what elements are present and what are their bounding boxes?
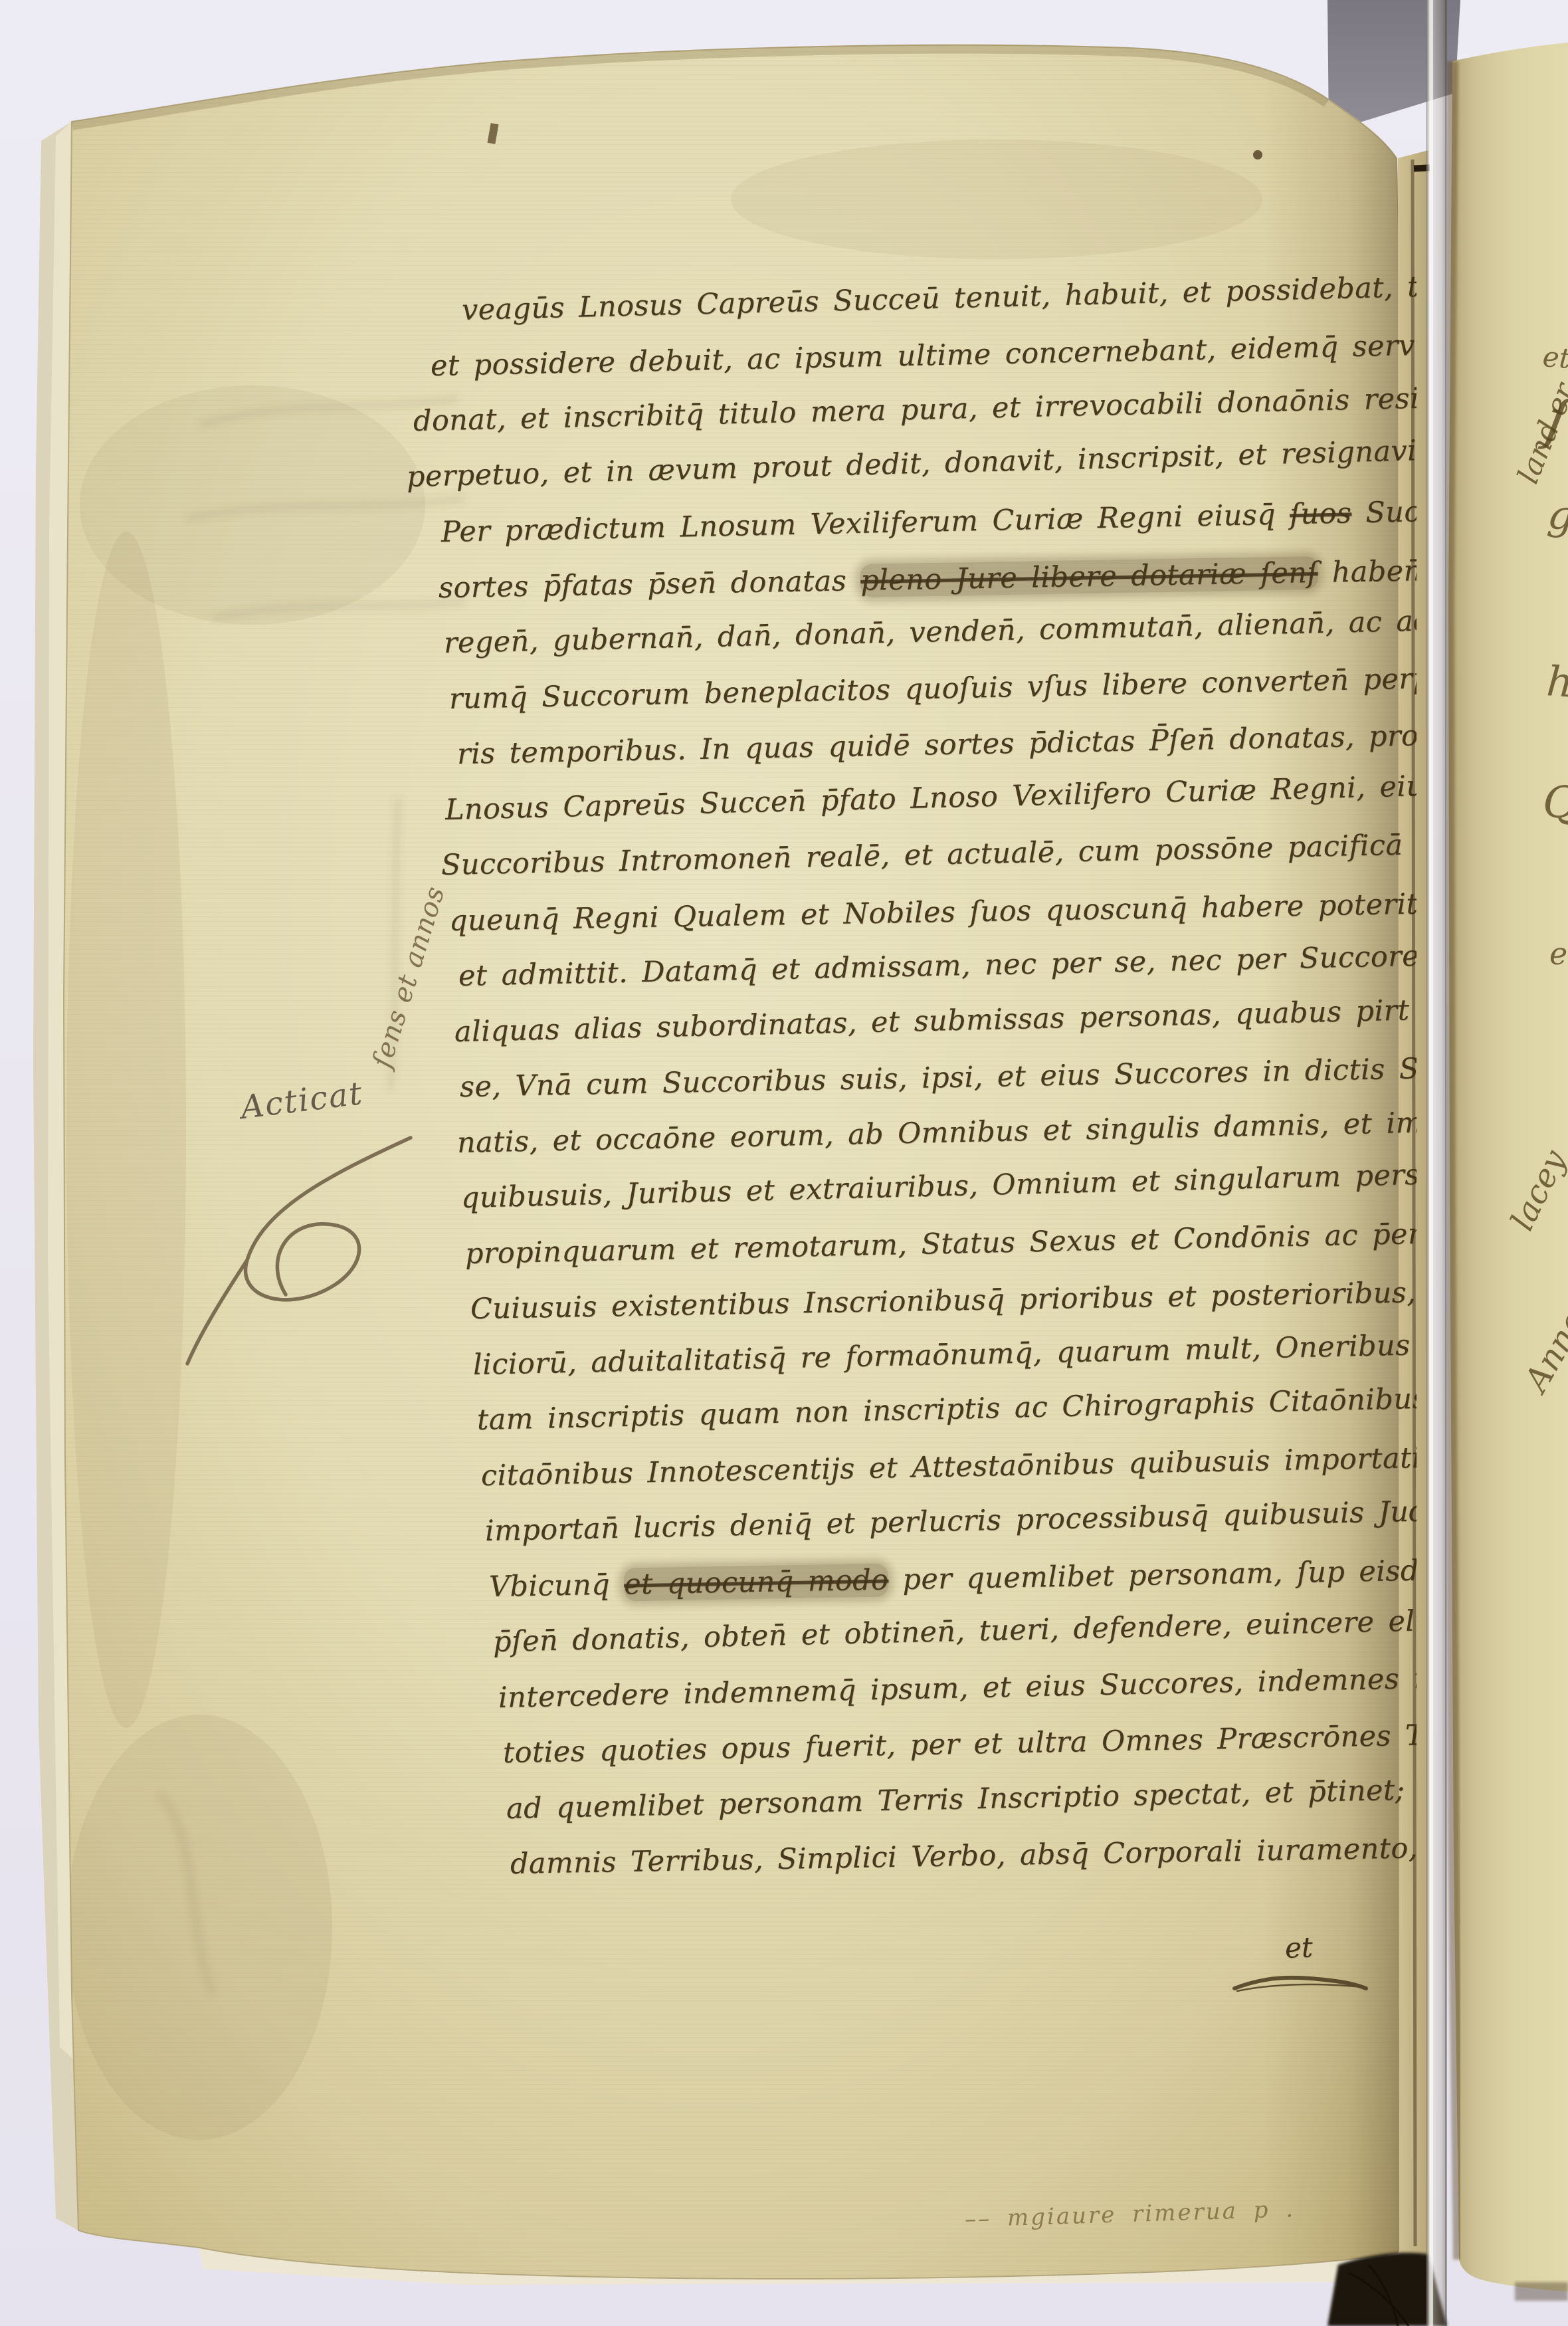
line-text: citaōnibus Innotescentijs et Attestaōnib…: [481, 1440, 1417, 1493]
manuscript-line: et possidere debuit, ac ipsum ultime con…: [431, 328, 1417, 381]
line-text: queunq̄ Regni Qualem et Nobiles ſuos quo…: [449, 885, 1417, 938]
manuscript-line: liciorū, aduitalitatisq̄ re formaōnumq̄,…: [473, 1328, 1417, 1379]
line-text: regen̄, gubernan̄, dan̄, donan̄, venden̄…: [443, 601, 1417, 660]
line-text: intercedere indemnemq̄ ipsum, et eius Su…: [498, 1659, 1417, 1715]
manuscript-line: perpetuo, et in ævum prout dedit, donavi…: [406, 433, 1417, 491]
line-text: perpetuo, et in ævum prout dedit, donavi…: [406, 431, 1417, 493]
manuscript-line: ad quemlibet personam Terris Inscriptio …: [506, 1773, 1417, 1823]
manuscript-line: Vbicunq̄ et quocunq̄ modo per quemlibet …: [489, 1553, 1417, 1601]
line-text: Per prædictum Lnosum Vexiliferum Curiæ R…: [441, 498, 1290, 549]
line-text: et admittit. Datamq̄ et admissam, nec pe…: [458, 936, 1417, 993]
manuscript-line: natis, et occaōne eorum, ab Omnibus et s…: [457, 1105, 1417, 1158]
line-text: damnis Terribus, Simplici Verbo, absq̄ C…: [510, 1830, 1417, 1881]
line-text: veagūs Lnosus Capreūs Succeū tenuit, hab…: [461, 265, 1417, 327]
struck-text: et quocunq̄ modo: [624, 1563, 889, 1601]
line-text: ad quemlibet personam Terris Inscriptio …: [506, 1770, 1417, 1825]
facing-text-fragment: land er: [1511, 379, 1568, 488]
line-text: haben̄, possiden̄: [1318, 552, 1417, 589]
manuscript-line: sortes p̄fatas p̄sen̄ donatas pleno Jure…: [439, 554, 1417, 603]
line-text: tam inscriptis quam non inscriptis ac Ch…: [476, 1380, 1417, 1437]
manuscript-line: quibusuis, Juribus et extraiuribus, Omni…: [460, 1159, 1417, 1213]
facing-text-fragment: lacey: [1504, 1144, 1568, 1236]
line-text: rumq̄ Succorum beneplacitos quoſuis vſus…: [448, 657, 1417, 715]
line-text: ris temporibus. In quas quidē sortes p̄d…: [457, 715, 1417, 771]
manuscript-line: toties quoties opus fuerit, per et ultra…: [503, 1718, 1417, 1768]
line-text: et possidere debuit, ac ipsum ultime con…: [430, 326, 1417, 383]
manuscript-line: propinquarum et remotarum, Status Sexus …: [465, 1217, 1417, 1268]
facing-text-fragment: g: [1545, 489, 1568, 540]
line-text: quibusuis, Juribus et extraiuribus, Omni…: [460, 1156, 1417, 1215]
facing-text-fragment: h: [1545, 657, 1568, 707]
facing-page-fragments: etſghQeland erlaceyAnno: [1448, 0, 1568, 2326]
struck-text: ſuos: [1290, 496, 1352, 531]
line-text: Succoribus Intromonen̄ realē, et actualē…: [441, 825, 1417, 882]
manuscript-line: importan̄ lucris deniq̄ et perlucris pro…: [485, 1495, 1417, 1546]
line-text: per quemlibet personam, ſup eisdem Sorti…: [888, 1550, 1417, 1596]
manuscript-line: regen̄, gubernan̄, dan̄, donan̄, venden̄…: [444, 603, 1417, 658]
manuscript-line: Cuiusuis existentibus Inscrionibusq̄ pri…: [470, 1275, 1417, 1324]
line-text: aliquas alias subordinatas, et submissas…: [454, 990, 1417, 1048]
manuscript-line: aliquas alias subordinatas, et submissas…: [454, 992, 1417, 1046]
glass-rod: [1426, 0, 1447, 2326]
facing-text-fragment: Anno: [1517, 1303, 1568, 1398]
line-text: donat, et inscribitq̄ titulo mera pura, …: [413, 380, 1417, 438]
facing-text-fragment: Q: [1542, 776, 1568, 829]
line-text: sortes p̄fatas p̄sen̄ donatas: [439, 564, 861, 604]
manuscript-line: citaōnibus Innotescentijs et Attestaōnib…: [481, 1443, 1417, 1491]
line-text: Cuiusuis existentibus Inscrionibusq̄ pri…: [470, 1273, 1417, 1326]
facing-text-fragment: et: [1541, 340, 1568, 375]
manuscript-line: veagūs Lnosus Capreūs Succeū tenuit, hab…: [461, 268, 1417, 325]
manuscript-line: Per prædictum Lnosum Vexiliferum Curiæ R…: [441, 496, 1417, 547]
line-text: toties quoties opus fuerit, per et ultra…: [503, 1715, 1417, 1770]
facing-text-fragment: e: [1549, 936, 1567, 972]
line-text: natis, et occaōne eorum, ab Omnibus et s…: [456, 1103, 1417, 1160]
line-text: Succores: [1351, 494, 1417, 530]
manuscript-line: se, Vnā cum Succoribus suis, ipsi, et ei…: [460, 1050, 1417, 1102]
line-text: Lnosus Capreūs Succen̄ p̄fato Lnoso Vexi…: [444, 765, 1417, 826]
manuscript-text-block: veagūs Lnosus Capreūs Succeū tenuit, hab…: [0, 0, 1417, 2326]
struck-text: pleno Jure libere dotariæ ſenſ: [860, 556, 1318, 597]
line-text: liciorū, aduitalitatisq̄ re formaōnumq̄,…: [472, 1326, 1417, 1381]
manuscript-line: donat, et inscribitq̄ titulo mera pura, …: [413, 383, 1417, 436]
line-text: p̄ſen̄ donatis, obten̄ et obtinen̄, tuer…: [492, 1601, 1417, 1659]
line-text: se, Vnā cum Succoribus suis, ipsi, et ei…: [460, 1047, 1417, 1104]
manuscript-line: et admittit. Datamq̄ et admissam, nec pe…: [458, 938, 1417, 991]
manuscript-line: damnis Terribus, Simplici Verbo, absq̄ C…: [510, 1832, 1417, 1879]
manuscript-line: intercedere indemnemq̄ ipsum, et eius Su…: [498, 1662, 1417, 1713]
line-text: propinquarum et remotarum, Status Sexus …: [464, 1214, 1417, 1270]
manuscript-scan: veagūs Lnosus Capreūs Succeū tenuit, hab…: [0, 0, 1568, 2326]
manuscript-line: tam inscriptis quam non inscriptis ac Ch…: [477, 1383, 1417, 1435]
line-text: Vbicunq̄: [489, 1568, 625, 1604]
manuscript-line: rumq̄ Succorum beneplacitos quoſuis vſus…: [449, 660, 1417, 713]
line-text: importan̄ lucris deniq̄ et perlucris pro…: [484, 1493, 1417, 1548]
manuscript-line: Succoribus Intromonen̄ realē, et actualē…: [441, 827, 1417, 880]
manuscript-line: Lnosus Capreūs Succen̄ p̄fato Lnoso Vexi…: [444, 768, 1417, 824]
manuscript-line: ris temporibus. In quas quidē sortes p̄d…: [457, 718, 1417, 769]
catchword: et: [1284, 1931, 1313, 1964]
manuscript-line: p̄ſen̄ donatis, obten̄ et obtinen̄, tuer…: [493, 1604, 1417, 1657]
manuscript-line: queunq̄ Regni Qualem et Nobiles ſuos quo…: [449, 887, 1417, 936]
